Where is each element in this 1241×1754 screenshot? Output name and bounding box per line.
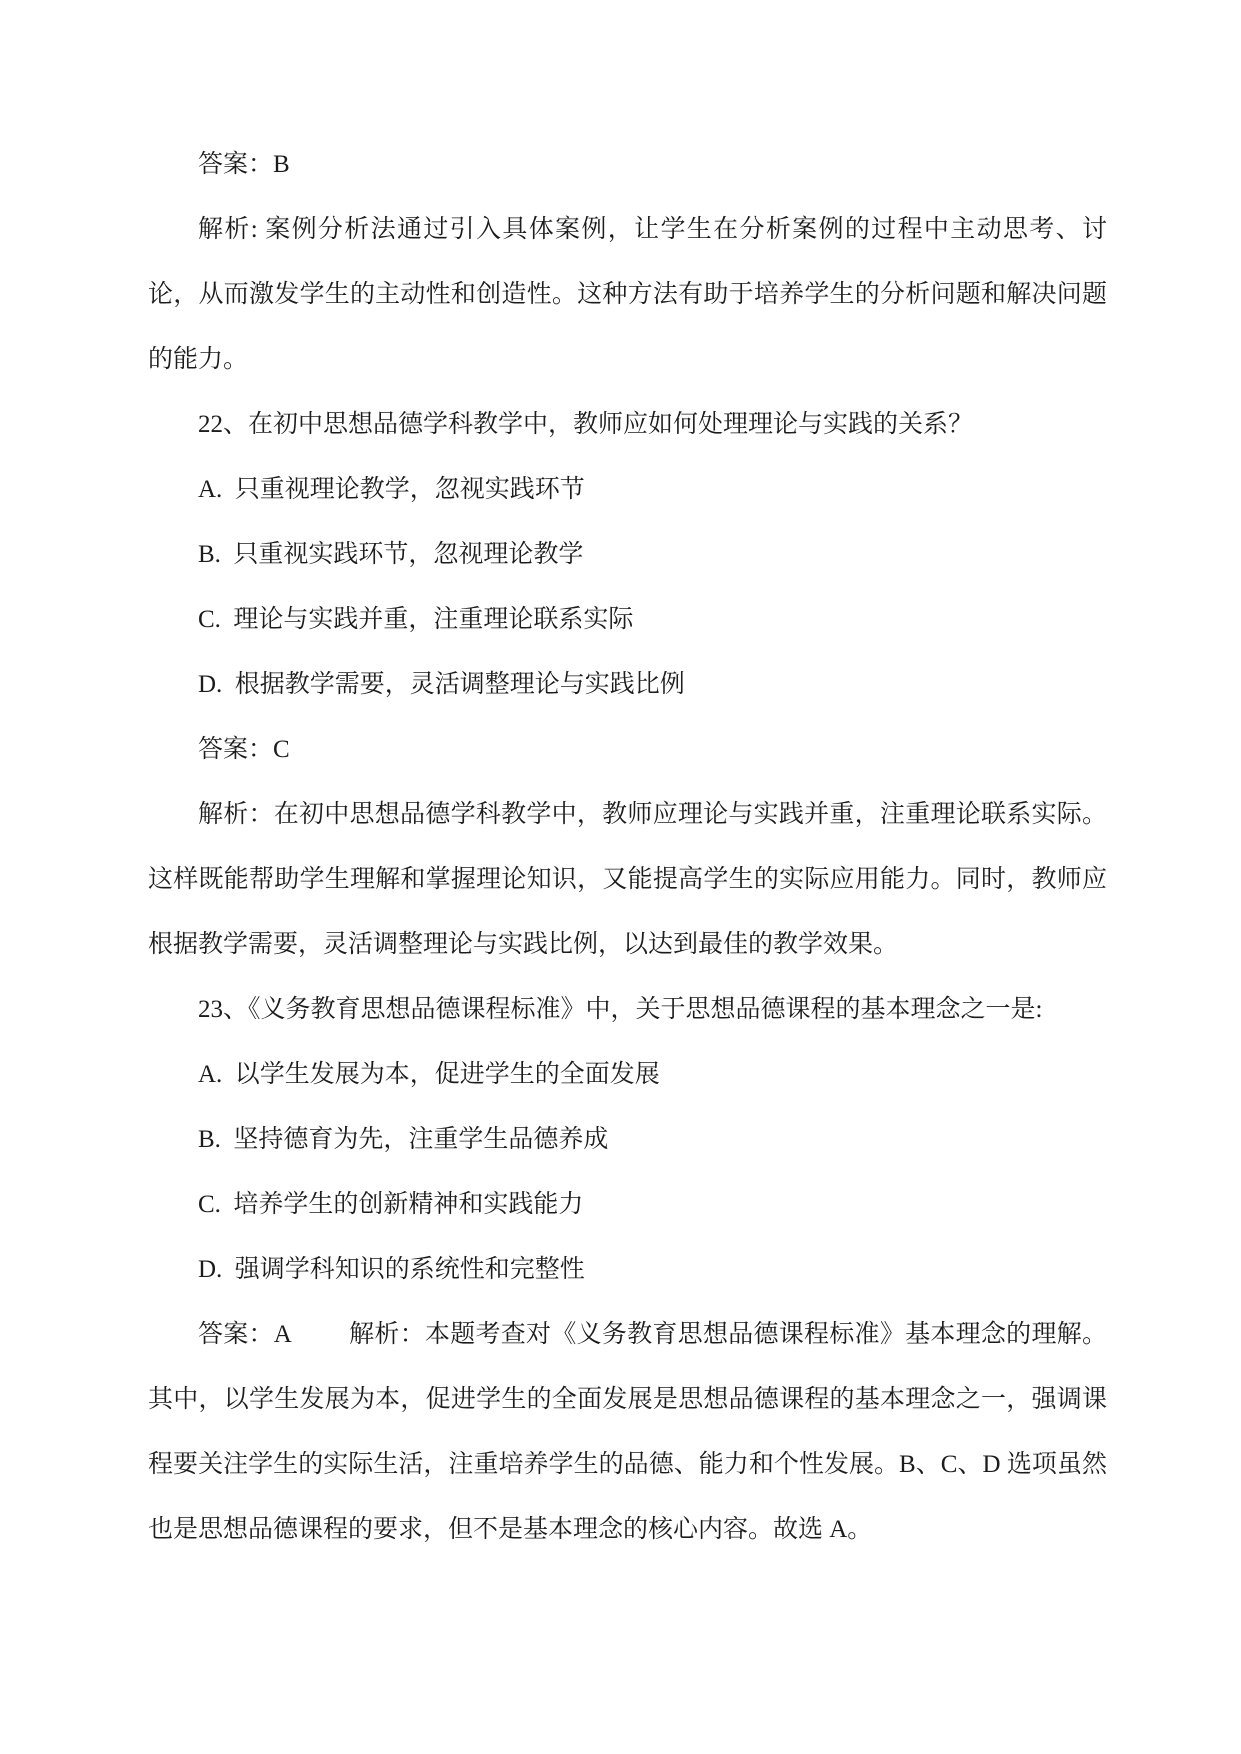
q23-question: 23、《义务教育思想品德课程标准》中，关于思想品德课程的基本理念之一是:: [148, 977, 1107, 1042]
q22-option-a: A. 只重视理论教学，忽视实践环节: [148, 457, 1107, 522]
q23-option-d: D. 强调学科知识的系统性和完整性: [148, 1237, 1107, 1302]
q23-option-a: A. 以学生发展为本，促进学生的全面发展: [148, 1042, 1107, 1107]
q22-option-b: B. 只重视实践环节，忽视理论教学: [148, 522, 1107, 587]
q21-analysis: 解析: 案例分析法通过引入具体案例，让学生在分析案例的过程中主动思考、讨论，从而…: [148, 197, 1107, 392]
q23-answer-analysis: 答案：A 解析：本题考查对《义务教育思想品德课程标准》基本理念的理解。其中，以学…: [148, 1302, 1107, 1562]
q22-question: 22、在初中思想品德学科教学中，教师应如何处理理论与实践的关系？: [148, 392, 1107, 457]
q22-analysis: 解析：在初中思想品德学科教学中，教师应理论与实践并重，注重理论联系实际。这样既能…: [148, 782, 1107, 977]
q22-answer: 答案：C: [148, 717, 1107, 782]
q23-option-b: B. 坚持德育为先，注重学生品德养成: [148, 1107, 1107, 1172]
q22-option-c: C. 理论与实践并重，注重理论联系实际: [148, 587, 1107, 652]
document-body: 答案：B 解析: 案例分析法通过引入具体案例，让学生在分析案例的过程中主动思考、…: [148, 132, 1107, 1562]
q22-option-d: D. 根据教学需要，灵活调整理论与实践比例: [148, 652, 1107, 717]
document-page: 答案：B 解析: 案例分析法通过引入具体案例，让学生在分析案例的过程中主动思考、…: [0, 0, 1241, 1754]
q23-option-c: C. 培养学生的创新精神和实践能力: [148, 1172, 1107, 1237]
q21-answer: 答案：B: [148, 132, 1107, 197]
